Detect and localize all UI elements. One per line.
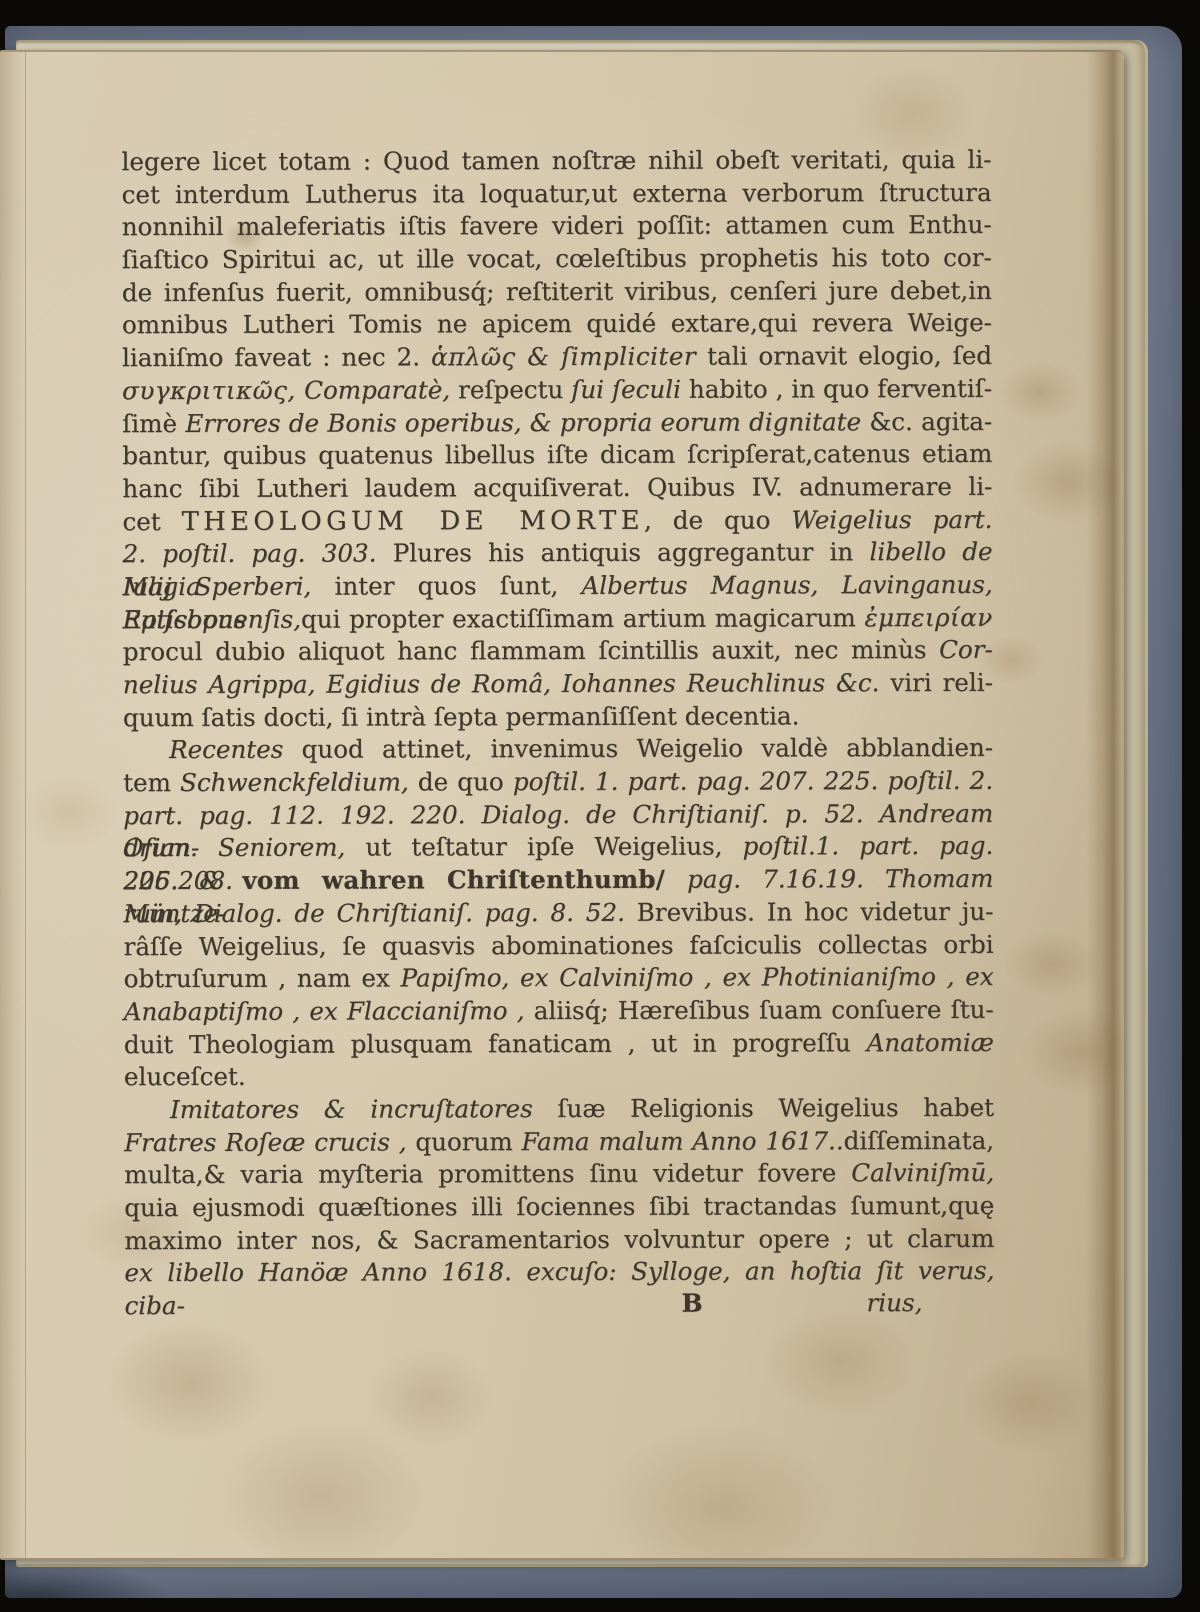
text-line: râſſe Weigelius, ſe quasvis abominatione… <box>124 928 994 963</box>
text-segment: nonnihil maleferiatis iſtis favere vider… <box>122 210 992 241</box>
text-line: omnibus Lutheri Tomis ne apicem quidé ex… <box>122 307 992 342</box>
text-line: συγκριτικῶς, Comparatè, reſpectu ſui ſec… <box>122 373 992 408</box>
text-segment: Fama malum Anno 1617.. <box>521 1126 843 1156</box>
text-segment: Schwenckfeldium, <box>180 767 409 797</box>
text-segment: Iulij Sperberi, <box>123 572 312 601</box>
text-segment: 2. poſtil. pag. 303. <box>122 539 392 569</box>
text-line: part. pag. 112. 192. 220. Dialog. de Chr… <box>123 798 993 833</box>
text-line: obtruſurum , nam ex Papiſmo, ex Calviniſ… <box>124 961 994 996</box>
text-line: Iulij Sperberi, inter quos ſunt, Albertu… <box>123 569 993 604</box>
text-segment: Errores de Bonis operibus, & propria eor… <box>185 407 869 438</box>
text-segment: maximo inter nos, & Sacramentarios volvu… <box>124 1224 994 1255</box>
text-line: tem Schwenckfeldium, de quo poſtil. 1. p… <box>123 765 993 800</box>
text-line: duit Theologiam plusquam fanaticam , ut … <box>124 1026 994 1061</box>
text-segment: ſuæ Religionis Weigelius habet <box>557 1093 994 1123</box>
text-segment: nelius Agrippa, Egidius de Româ, Iohanne… <box>123 668 880 699</box>
text-line: bantur, quibus quatenus libellus iſte di… <box>122 438 992 473</box>
text-segment: quia ejusmodi quæſtiones illi ſociennes … <box>124 1191 994 1222</box>
text-segment: cet <box>122 507 181 536</box>
text-line: eluceſcet. <box>124 1059 994 1094</box>
text-segment: THEOLOGUM DE MORTE <box>182 505 644 536</box>
text-segment: , de quo <box>644 505 791 534</box>
text-segment: Plures his antiquis aggregantur in <box>393 537 870 567</box>
text-segment: quorum <box>406 1127 521 1156</box>
text-segment: obtruſurum , nam ex <box>124 964 401 994</box>
text-segment: Cor- <box>939 635 993 664</box>
text-segment: cet interdum Lutherus ita loquatur,ut ex… <box>122 178 992 209</box>
photo-background: legere licet totam : Quod tamen noſtræ n… <box>0 0 1200 1612</box>
text-segment: hanc ſibi Lutheri laudem acquiſiverat. Q… <box>122 472 992 503</box>
text-line: maximo inter nos, & Sacramentarios volvu… <box>124 1223 994 1258</box>
text-segment: quum ſatis docti, ſi intrà ſepta permanſ… <box>123 701 800 732</box>
text-line: Recentes quod attinet, invenimus Weigeli… <box>123 732 993 767</box>
text-segment: ſui ſeculi <box>571 374 689 403</box>
text-segment: procul dubio aliquot hanc flammam ſcinti… <box>123 635 939 666</box>
text-line: cet THEOLOGUM DE MORTE, de quo Weigelius… <box>122 503 992 538</box>
text-line: Fratres Roſeæ crucis , quorum Fama malum… <box>124 1124 994 1159</box>
text-segment: diſſeminata, <box>844 1125 994 1154</box>
text-segment: habito , in quo ferventiſ- <box>689 374 992 404</box>
text-segment: aliisq́; Hæreſibus ſuam conſuere ſtu- <box>524 995 993 1025</box>
text-segment: Ratisbonenſis, <box>123 604 301 633</box>
catchword: rius, <box>866 1288 922 1317</box>
text-line: ſimè Errores de Bonis operibus, & propri… <box>122 405 992 440</box>
text-block: legere licet totam : Quod tamen noſtræ n… <box>121 144 994 1323</box>
text-segment: συγκριτικῶς, <box>122 375 304 404</box>
text-line: nonnihil maleferiatis iſtis favere vider… <box>122 209 992 244</box>
text-segment: Anabaptiſmo , ex Flaccianiſmo , <box>124 996 525 1026</box>
text-segment: Papiſmo, ex Calviniſmo , ex Photinianiſm… <box>400 962 993 993</box>
text-segment: drum. Seniorem, <box>123 833 345 863</box>
text-segment: legere licet totam : Quod tamen noſtræ n… <box>121 145 991 176</box>
text-segment: vom wahren Chriſtenthumb/ <box>242 865 687 895</box>
text-segment: bantur, quibus quatenus libellus iſte di… <box>122 439 992 470</box>
text-segment: de infenſus fuerit, omnibusq́; reſtiteri… <box>122 276 992 307</box>
text-line: lianiſmo faveat : nec 2. ἁπλῶς & ſimplic… <box>122 340 992 375</box>
text-segment: râſſe Weigelius, ſe quasvis abominatione… <box>124 929 994 960</box>
text-segment: ſiaſtico Spiritui ac, ut ille vocat, cœl… <box>122 243 992 274</box>
page-right-edge <box>1087 52 1124 1558</box>
text-segment: omnibus Lutheri Tomis ne apicem quidé ex… <box>122 308 992 339</box>
text-segment: Brevibus. In hoc videtur ju- <box>625 897 994 927</box>
text-line: Ratisbonenſis,qui propter exactiſſimam a… <box>123 601 993 636</box>
text-segment: qui propter exactiſſimam artium magicaru… <box>301 603 864 633</box>
page-gutter-shadow <box>0 52 26 1558</box>
signature-line: Brius, <box>124 1288 994 1323</box>
text-line: Imitatores & incruſtatores ſuæ Religioni… <box>124 1092 994 1127</box>
text-line: procul dubio aliquot hanc flammam ſcinti… <box>123 634 993 669</box>
text-segment: ἐμπειρίαν <box>864 602 992 631</box>
text-line: hanc ſibi Lutheri laudem acquiſiverat. Q… <box>122 471 992 506</box>
text-segment: &c. agita- <box>869 406 992 435</box>
text-line: quia ejusmodi quæſtiones illi ſociennes … <box>124 1190 994 1225</box>
text-segment: Recentes <box>169 735 302 764</box>
text-segment: eluceſcet. <box>124 1062 246 1091</box>
text-line: legere licet totam : Quod tamen noſtræ n… <box>121 144 991 179</box>
text-line: cet interdum Lutherus ita loquatur,ut ex… <box>122 177 992 212</box>
text-line: drum. Seniorem, ut teſtatur ipſe Weigeli… <box>123 830 993 865</box>
text-segment: quod attinet, invenimus Weigelio valdè a… <box>302 733 994 764</box>
text-segment: viri reli- <box>879 668 993 697</box>
text-segment: ἁπλῶς & ſimpliciter <box>431 342 696 372</box>
text-segment: poſtil. 1. part. pag. 207. 225. poſtil. … <box>513 766 993 796</box>
text-line: ſiaſtico Spiritui ac, ut ille vocat, cœl… <box>122 242 992 277</box>
text-line: Anabaptiſmo , ex Flaccianiſmo , aliisq́;… <box>124 994 994 1029</box>
text-segment: multa,& varia myſteria promittens ſinu v… <box>124 1159 851 1190</box>
text-line: 2. poſtil. pag. 303. Plures his antiquis… <box>122 536 992 571</box>
text-segment: inter quos ſunt, <box>311 571 581 601</box>
text-segment: rum, Dialog. de Chriſtianiſ. pag. 8. 52. <box>123 898 624 928</box>
text-segment: tem <box>123 768 180 797</box>
text-line: 225. & vom wahren Chriſtenthumb/ pag. 7.… <box>123 863 993 898</box>
signature-mark: B <box>681 1289 702 1318</box>
text-line: multa,& varia myſteria promittens ſinu v… <box>124 1157 994 1192</box>
text-segment: reſpectu <box>450 375 571 404</box>
text-segment: Imitatores & incruſtatores <box>170 1094 557 1124</box>
text-segment: Weigelius part. <box>791 504 992 534</box>
text-segment: de quo <box>409 767 513 796</box>
text-line: nelius Agrippa, Egidius de Româ, Iohanne… <box>123 667 993 702</box>
text-line: ex libello Hanöæ Anno 1618. excuſo: Syll… <box>124 1255 994 1290</box>
text-segment: Anatomiæ <box>867 1027 994 1056</box>
text-line: quum ſatis docti, ſi intrà ſepta permanſ… <box>123 700 993 735</box>
text-segment: ſimè <box>122 408 185 437</box>
text-segment: Calviniſmū, <box>851 1158 994 1187</box>
text-segment: Comparatè, <box>304 375 450 404</box>
text-segment: Fratres Roſeæ crucis , <box>124 1127 406 1157</box>
text-segment: 225. & <box>123 866 242 895</box>
text-segment: tali ornavit elogio, ſed <box>696 341 992 371</box>
text-line: rum, Dialog. de Chriſtianiſ. pag. 8. 52.… <box>123 896 993 931</box>
book-page: legere licet totam : Quod tamen noſtræ n… <box>0 50 1124 1560</box>
text-segment: ut teſtatur ipſe Weigelius, <box>345 832 742 862</box>
text-segment: lianiſmo faveat : nec 2. <box>122 342 431 372</box>
text-line: de infenſus fuerit, omnibusq́; reſtiteri… <box>122 275 992 310</box>
text-segment: duit Theologiam plusquam fanaticam , ut … <box>124 1028 867 1059</box>
